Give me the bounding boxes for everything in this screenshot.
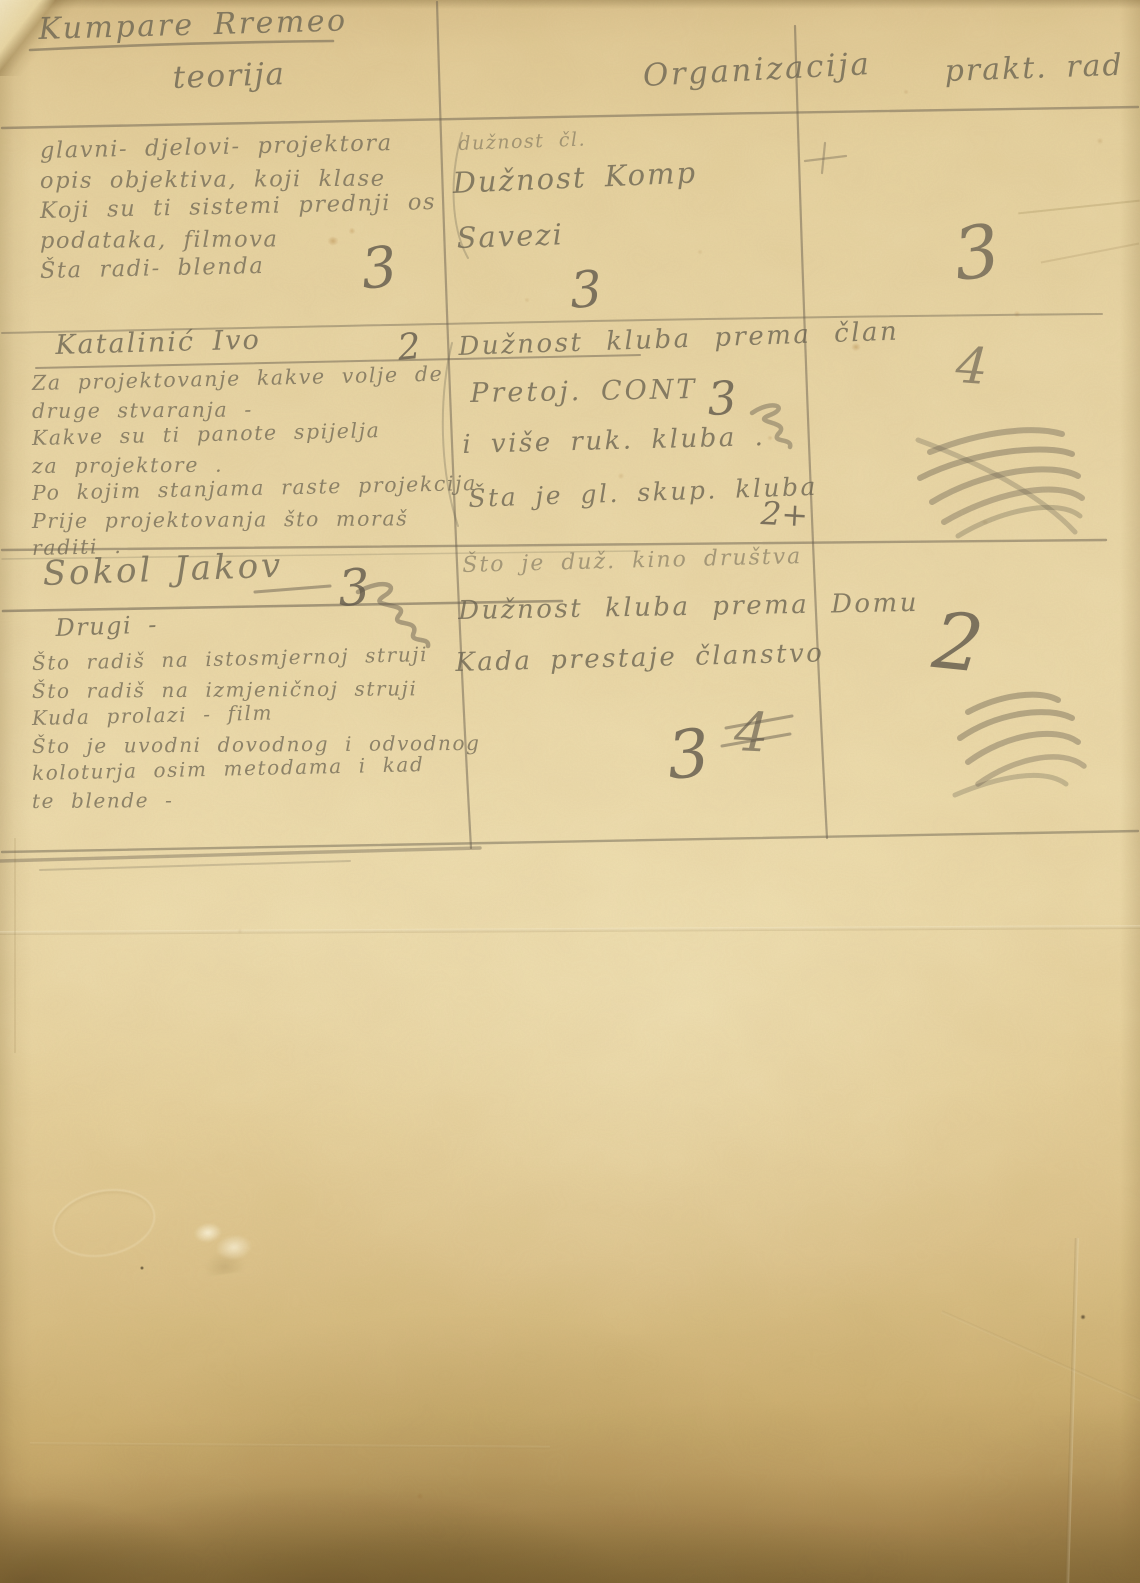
paper-grain-texture <box>0 0 1140 1583</box>
scanned-document-page: Kumpare Rremeo teorija Organizacija prak… <box>0 0 1140 1583</box>
